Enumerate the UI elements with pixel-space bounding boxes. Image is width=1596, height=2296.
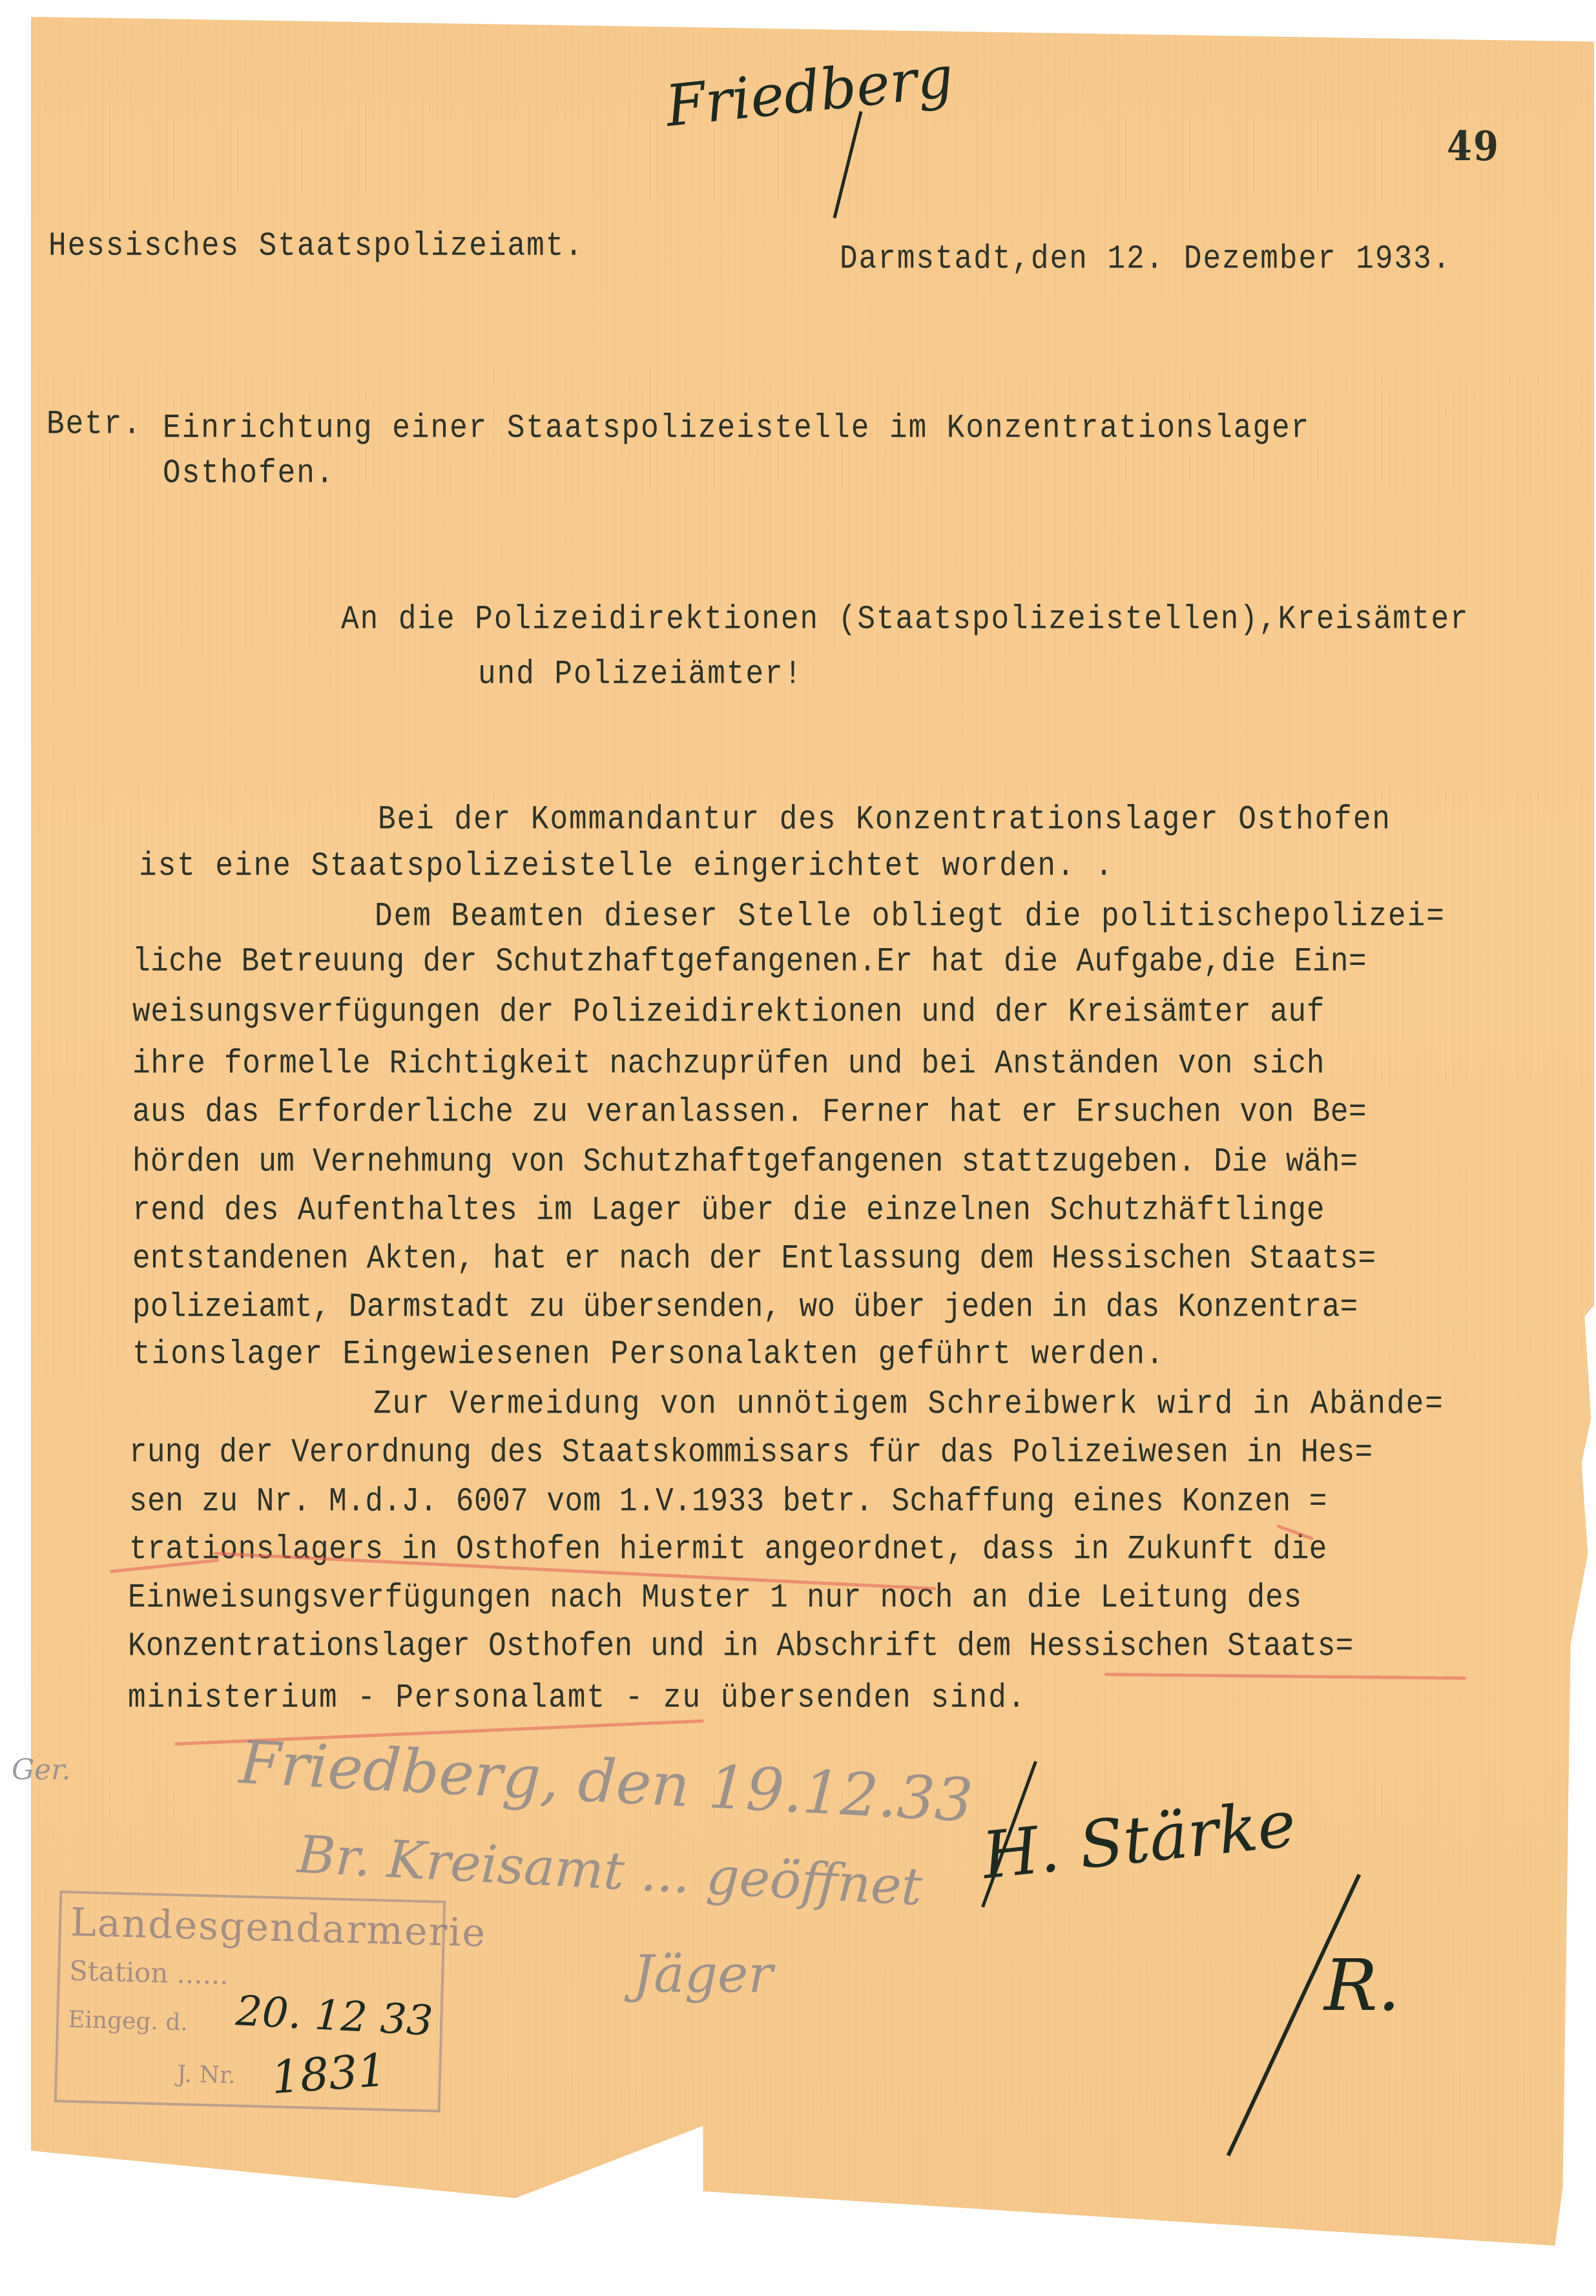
body-line: liche Betreuung der Schutzhaftgefangenen… <box>132 943 1367 980</box>
body-line: polizeiamt, Darmstadt zu übersenden, wo … <box>132 1288 1358 1326</box>
body-line: Bei der Kommandantur des Konzentrationsl… <box>378 801 1391 838</box>
body-line: hörden um Vernehmung von Schutzhaftgefan… <box>132 1143 1358 1181</box>
body-line: Zur Vermeidung von unnötigem Schreibwerk… <box>373 1385 1444 1423</box>
subject-line-2: Osthofen. <box>163 455 335 492</box>
body-line: Einweisungsverfügungen nach Muster 1 nur… <box>128 1579 1302 1617</box>
sender: Hessisches Staatspolizeiamt. <box>48 227 584 265</box>
body-line: rend des Aufenthaltes im Lager über die … <box>132 1192 1325 1229</box>
body-line: aus das Erforderliche zu veranlassen. Fe… <box>132 1093 1367 1131</box>
body-line: Konzentrationslager Osthofen und in Absc… <box>128 1628 1354 1665</box>
body-line: tionslager Eingewiesenen Personalakten g… <box>132 1336 1165 1373</box>
subject-label: Betr. <box>47 406 142 443</box>
recipients-line-2: und Polizeiämter! <box>478 656 803 693</box>
body-line: trationslagers in Osthofen hiermit angeo… <box>129 1531 1327 1568</box>
stamp-title: Landesgendarmerie <box>70 1900 487 1956</box>
place-date: Darmstadt,den 12. Dezember 1933. <box>840 240 1451 278</box>
body-line: rung der Verordnung des Staatskommissars… <box>129 1434 1373 1471</box>
initials: R. <box>1324 1944 1400 2027</box>
stamp-journal-label: J. Nr. <box>176 2061 236 2089</box>
body-line: Dem Beamten dieser Stelle obliegt die po… <box>375 898 1446 935</box>
subject-line-1: Einrichtung einer Staatspolizeistelle im… <box>163 409 1310 447</box>
stamp-received-label: Eingeg. d. <box>68 2007 189 2036</box>
stamp-station: Station ...... <box>69 1955 229 1991</box>
recipients-line-1: An die Polizeidirektionen (Staatspolizei… <box>341 601 1469 638</box>
pencil-note-line-3: Jäger <box>633 1944 773 2004</box>
body-line: weisungsverfügungen der Polizeidirektion… <box>132 993 1325 1031</box>
body-line: ist eine Staatspolizeistelle eingerichte… <box>139 847 1114 885</box>
body-line: ihre formelle Richtigkeit nachzuprüfen u… <box>132 1045 1325 1082</box>
page-number: 49 <box>1447 123 1500 171</box>
body-line: ministerium - Personalamt - zu übersende… <box>128 1679 1026 1717</box>
body-line: entstandenen Akten, hat er nach der Entl… <box>132 1240 1376 1277</box>
stamp-number-handwritten: 1831 <box>269 2043 388 2104</box>
pencil-margin-note: Ger. <box>12 1753 70 1786</box>
body-line: sen zu Nr. M.d.J. 6007 vom 1.V.1933 betr… <box>129 1483 1327 1520</box>
